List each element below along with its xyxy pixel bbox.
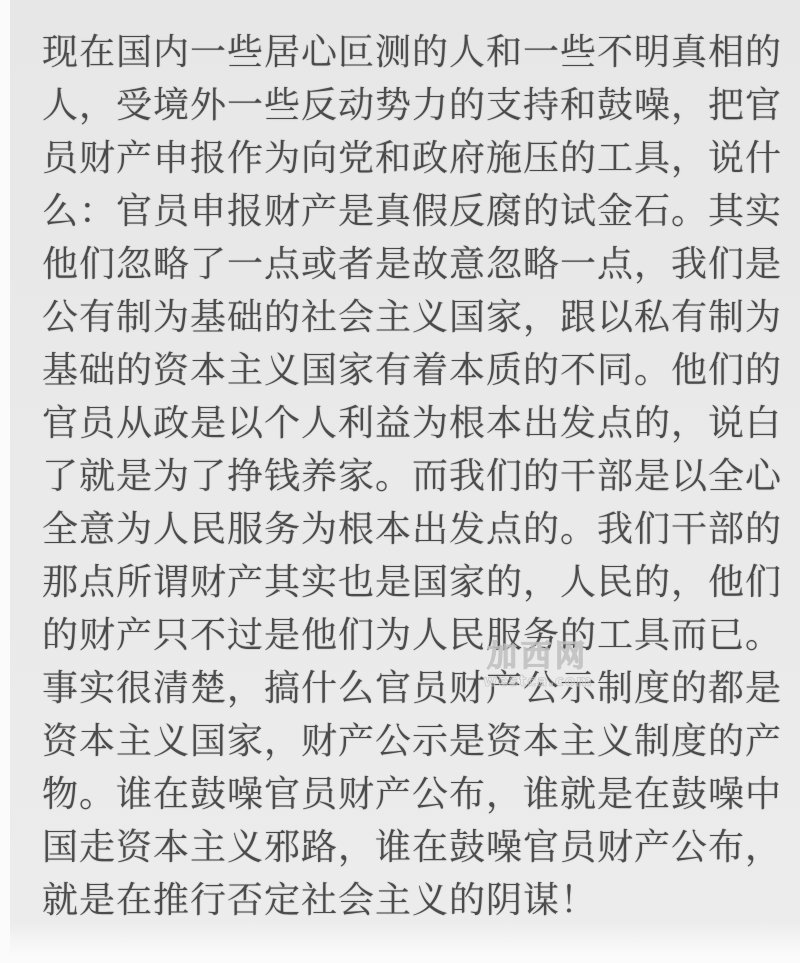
text-line: 官员从政是以个人利益为根本出发点的，说白 (42, 397, 760, 450)
text-line: 他们忽略了一点或者是故意忽略一点，我们是 (42, 238, 760, 291)
text-line: 么：官员申报财产是真假反腐的试金石。其实 (42, 185, 760, 238)
text-line: 全意为人民服务为根本出发点的。我们干部的 (42, 503, 760, 556)
text-line: 资本主义国家，财产公示是资本主义制度的产 (42, 715, 760, 768)
text-line: 就是在推行否定社会主义的阴谋！ (42, 874, 760, 927)
left-edge-strip (0, 0, 10, 963)
text-line: 的财产只不过是他们为人民服务的工具而已。 (42, 609, 760, 662)
text-line: 了就是为了挣钱养家。而我们的干部是以全心 (42, 450, 760, 503)
text-line: 事实很清楚，搞什么官员财产公示制度的都是 (42, 662, 760, 715)
text-line: 那点所谓财产其实也是国家的，人民的，他们 (42, 556, 760, 609)
text-line: 基础的资本主义国家有着本质的不同。他们的 (42, 344, 760, 397)
bottom-fade (0, 921, 800, 963)
text-line: 现在国内一些居心叵测的人和一些不明真相的 (42, 26, 760, 79)
text-line: 人，受境外一些反动势力的支持和鼓噪，把官 (42, 79, 760, 132)
text-line: 国走资本主义邪路，谁在鼓噪官员财产公布， (42, 821, 760, 874)
text-line: 物。谁在鼓噪官员财产公布，谁就是在鼓噪中 (42, 768, 760, 821)
text-line: 员财产申报作为向党和政府施压的工具，说什 (42, 132, 760, 185)
scanned-text-page: 现在国内一些居心叵测的人和一些不明真相的 人，受境外一些反动势力的支持和鼓噪，把… (0, 0, 800, 963)
text-paragraph: 现在国内一些居心叵测的人和一些不明真相的 人，受境外一些反动势力的支持和鼓噪，把… (10, 0, 800, 927)
text-line: 公有制为基础的社会主义国家，跟以私有制为 (42, 291, 760, 344)
